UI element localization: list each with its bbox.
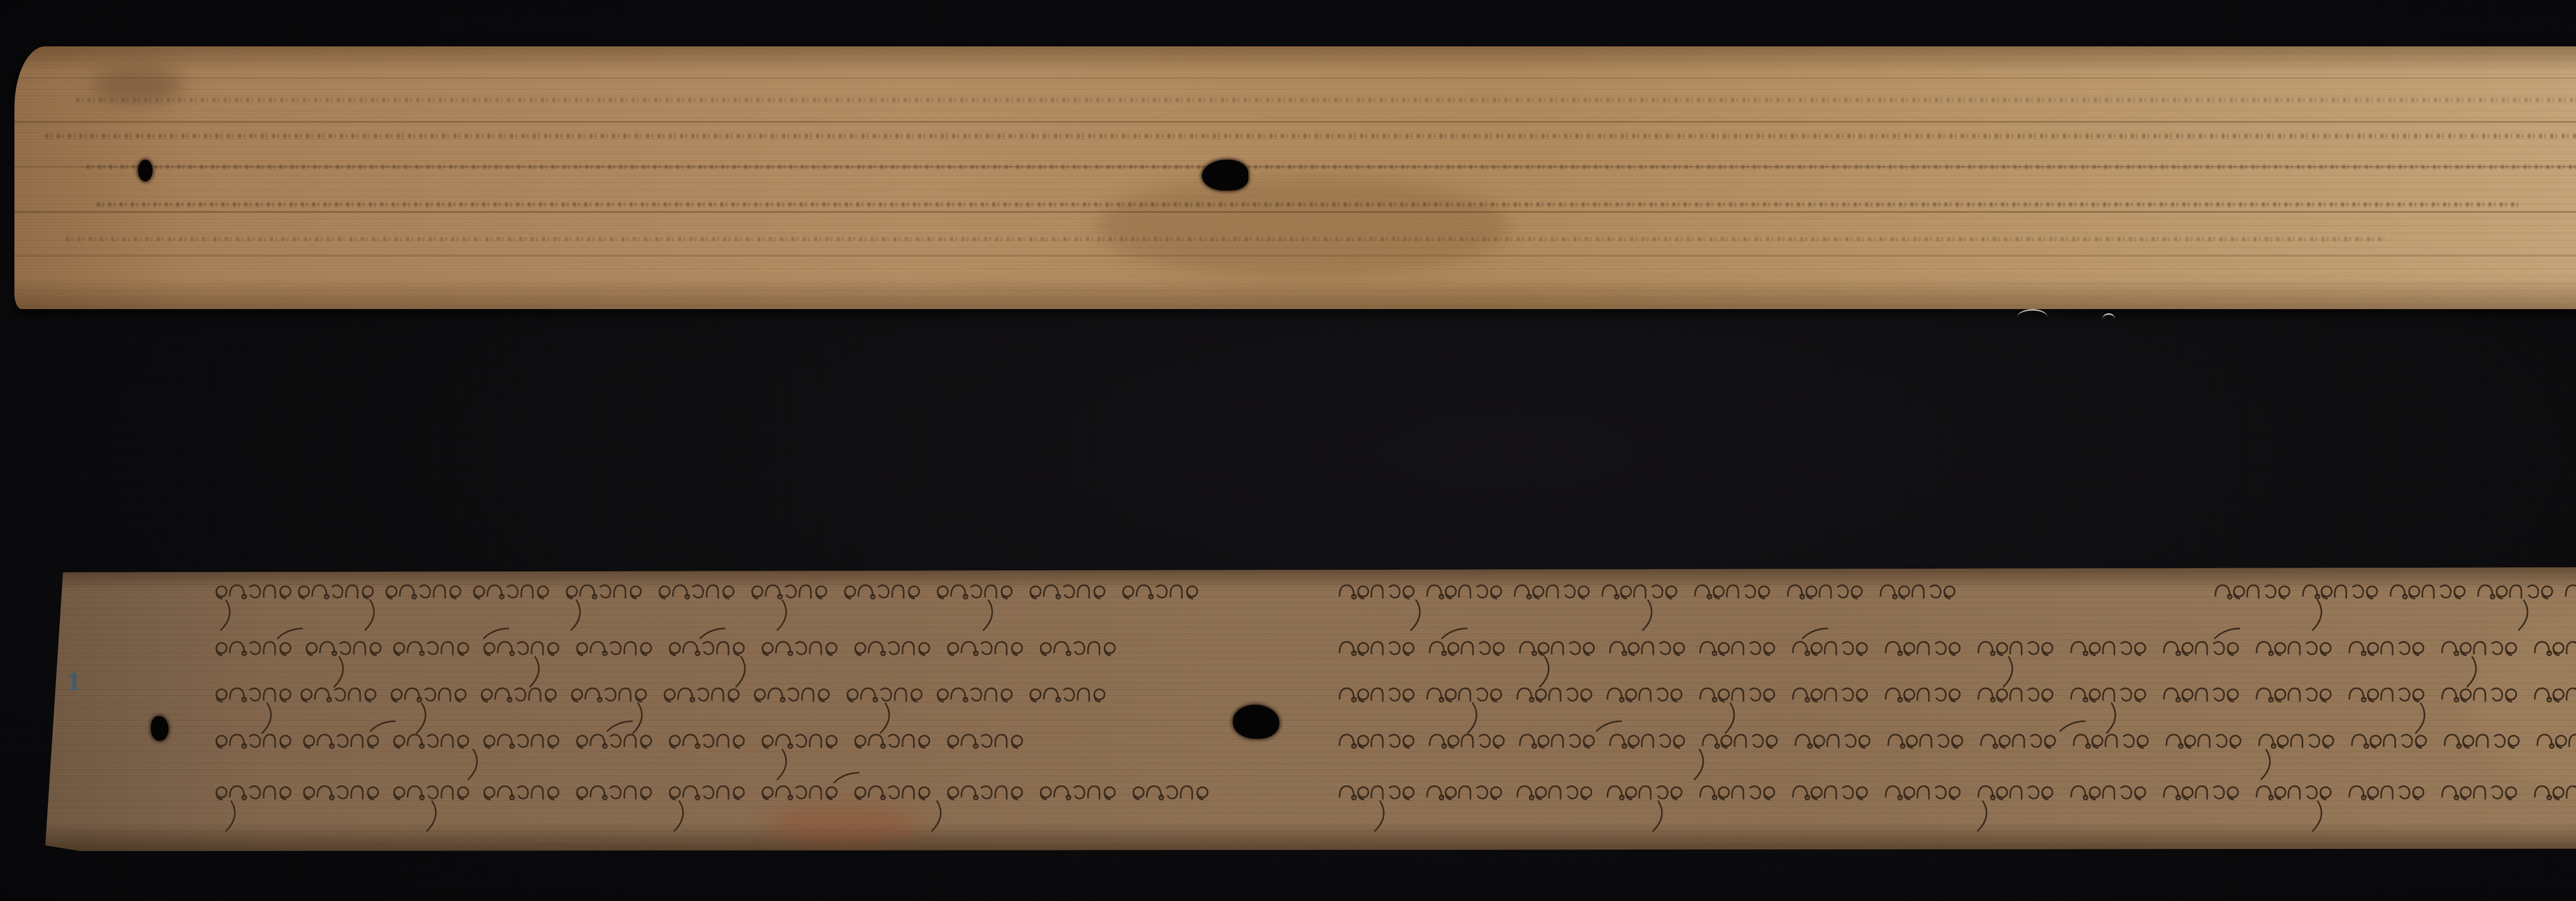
faint-script-trace bbox=[66, 237, 2384, 241]
ruled-line bbox=[14, 77, 2576, 79]
script-line-5 bbox=[216, 773, 1208, 831]
folio-number-left: 1 bbox=[66, 670, 82, 696]
script-block-left bbox=[215, 577, 1235, 845]
script-line-5 bbox=[1340, 786, 2576, 831]
bottom-palm-leaf: 1 1 bbox=[45, 567, 2576, 851]
script-line-1 bbox=[1340, 585, 2576, 631]
faint-script-trace bbox=[97, 202, 2518, 207]
string-hole-left bbox=[151, 716, 168, 741]
script-block-right bbox=[1338, 577, 2576, 845]
script-line-2 bbox=[216, 628, 1115, 687]
script-line-1 bbox=[216, 585, 1197, 631]
top-palm-leaf bbox=[14, 46, 2576, 309]
script-line-4 bbox=[216, 721, 1022, 780]
burmese-script-lines bbox=[1338, 577, 2576, 845]
string-hole-center bbox=[1202, 160, 1248, 191]
loose-fiber bbox=[2017, 309, 2048, 326]
ruled-line bbox=[14, 211, 2576, 213]
background: 1 1 bbox=[0, 0, 2576, 901]
script-line-3 bbox=[1340, 688, 2576, 734]
burmese-script-lines bbox=[215, 577, 1235, 845]
faint-script-trace bbox=[45, 134, 2576, 138]
script-line-3 bbox=[216, 688, 1105, 734]
faint-script-trace bbox=[76, 98, 2576, 102]
string-hole-center bbox=[1233, 705, 1279, 739]
script-line-2 bbox=[1340, 628, 2576, 687]
ruled-line bbox=[14, 121, 2576, 123]
loose-fiber bbox=[2102, 313, 2115, 326]
ruled-line bbox=[14, 255, 2576, 257]
script-line-4 bbox=[1340, 721, 2576, 780]
stain bbox=[1096, 175, 1509, 278]
faint-script-trace bbox=[87, 165, 2576, 169]
string-hole-left bbox=[138, 160, 152, 181]
